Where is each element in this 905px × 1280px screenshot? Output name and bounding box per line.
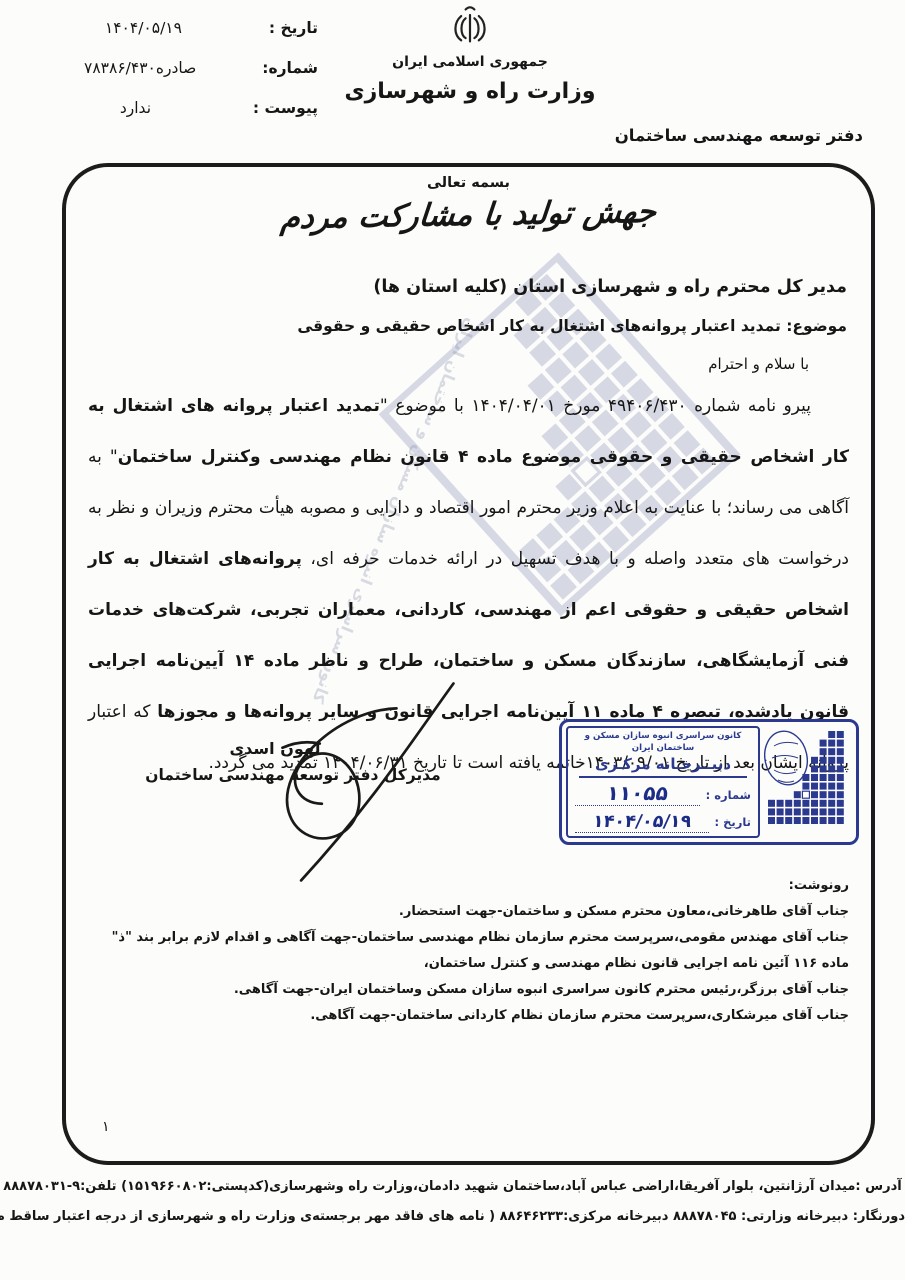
besmele: بسمه تعالی [66,175,871,191]
stamp-org-name: کانون سراسری انبوه سازان مسکن و ساختمان … [573,731,753,754]
cc-item: جناب آقای مهندس مقومی،سرپرست محترم سازما… [88,925,849,977]
cc-section: رونوشت: جناب آقای طاهرخانی،معاون محترم م… [88,873,849,1029]
date-value: ۱۴۰۴/۰۵/۱۹ [28,19,259,37]
stamp-date-row: تاریخ : ۱۴۰۴/۰۵/۱۹ [573,806,753,834]
cc-item: جناب آقای میرشکاری،سرپرست محترم سازمان ن… [88,1003,849,1029]
body-part-1: پیرو نامه شماره ۴۹۴۰۶/۴۳۰ مورخ ۱۴۰۴/۰۴/۰… [380,396,811,416]
office-title: دفتر توسعه مهندسی ساختمان [615,126,863,145]
secretariat-stamp: کانون سراسری انبوه سازان مسکن و ساختمان … [559,719,859,845]
addressee-line: مدیر کل محترم راه و شهرسازی استان (کلیه … [373,277,847,297]
builders-association-logo [764,726,852,838]
letterhead: جمهوری اسلامی ایران وزارت راه و شهرسازی [268,4,672,104]
cc-title: رونوشت: [88,873,849,899]
cc-item: جناب آقای طاهرخانی،معاون محترم مسکن و سا… [88,899,849,925]
stamp-secretariat-title: دبیــرخـانه مرکـزی [579,755,747,778]
stamp-number-value: ۱۱۰۵۵ [605,781,669,805]
stamp-number-row: شماره : ۱۱۰۵۵ [573,778,753,806]
stamp-text-panel: کانون سراسری انبوه سازان مسکن و ساختمان … [566,726,760,838]
ministry-title: وزارت راه و شهرسازی [268,79,672,104]
footer-line-1: آدرس :میدان آرژانتین، بلوار آفریقا،اراضی… [0,1172,905,1202]
number-value: صادره۷۸۳۸۶/۴۳۰ [28,59,252,77]
subject-line: موضوع: تمدید اعتبار پروانه‌های اشتغال به… [297,317,847,335]
stamp-number-label: شماره : [706,788,751,806]
year-slogan-calligraphy: جهش تولید با مشارکت مردم [64,190,874,240]
stamp-date-value: ۱۴۰۴/۰۵/۱۹ [591,812,692,832]
stamp-date-label: تاریخ : [715,815,751,833]
footer-address: آدرس :میدان آرژانتین، بلوار آفریقا،اراضی… [0,1172,905,1232]
cc-item: جناب آقای برزگر،رئیس محترم کانون سراسری … [88,977,849,1003]
iran-emblem-icon [450,4,490,52]
letter-body-box: بسمه تعالی جهش تولید با مشارکت مردم مدیر… [62,163,875,1165]
footer-line-2: دورنگار: دبیرخانه وزارتی: ۸۸۸۷۸۰۴۵ دبیرخ… [0,1202,905,1232]
scanned-letter-page: کانون سراسری انبوه سازان مسکن و ساختمان … [0,0,905,1280]
attachment-value: ندارد [28,99,243,117]
salutation-line: با سلام و احترام [708,355,809,373]
page-number: ۱ [102,1119,110,1135]
handwritten-signature [241,679,469,887]
country-title: جمهوری اسلامی ایران [268,54,672,70]
